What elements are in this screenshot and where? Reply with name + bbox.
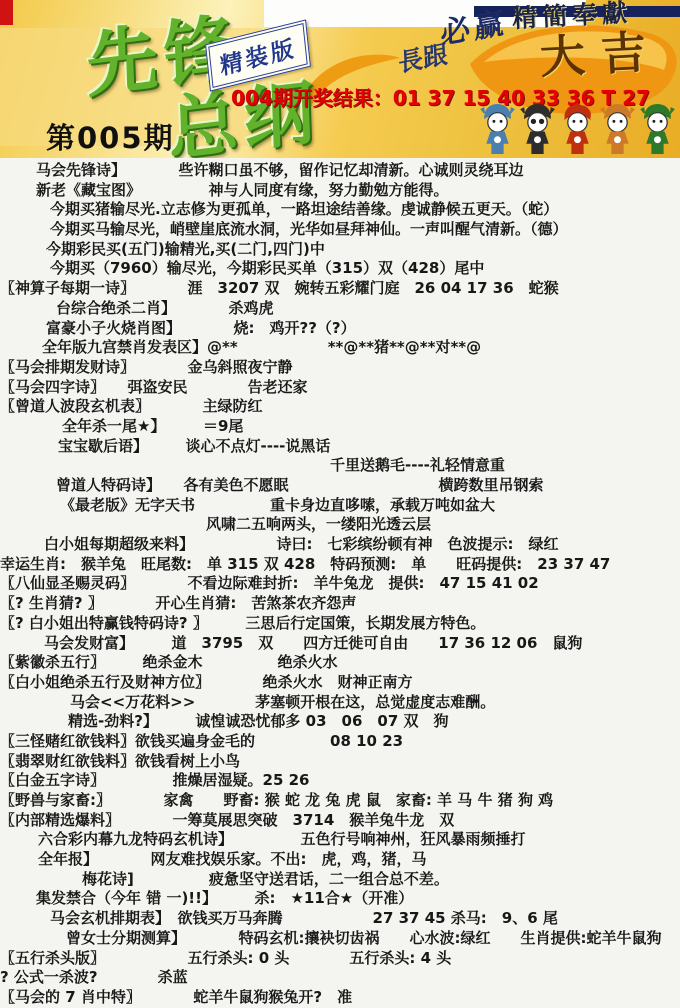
- issue-number-label: 第005期: [46, 116, 175, 157]
- text-line: 〖野兽与家畜:〗 家禽 野畜: 猴 蛇 龙 兔 虎 鼠 家畜: 羊 马 牛 猪 …: [0, 791, 680, 811]
- text-line: 幸运生肖: 猴羊兔 旺尾数: 单 315 双 428 特码预测: 单 旺码提供:…: [0, 555, 680, 575]
- text-line: 千里送鹅毛----礼轻情意重: [0, 456, 680, 476]
- text-line: 马会玄机排期表】 欲钱买万马奔腾 27 37 45 杀马: 9、6 尾: [0, 909, 680, 929]
- text-line: 〖? 生肖猜? 〗 开心生肖猜: 苦煞茶农齐怨声: [0, 594, 680, 614]
- text-line: 今期买（7960）输尽光，今期彩民买单（315）双（428）尾中: [0, 259, 680, 279]
- text-line: 〖三怪赌红欲钱料〗欲钱买遍身金毛的 08 10 23: [0, 732, 680, 752]
- text-line: 〖马会排期发财诗〗 金乌斜照夜宁静: [0, 358, 680, 378]
- fuwa-red-mascot-icon: [559, 103, 596, 156]
- text-line: 《最老版》无字天书 重卡身边直哆嗦，承载万吨如盆大: [0, 496, 680, 516]
- corner-red-mark: [0, 0, 13, 25]
- text-line: 〖内部精选爆料〗 一筹莫展思突破 3714 猴羊兔牛龙 双: [0, 811, 680, 831]
- text-line: 今期买马输尽光，峭壁崖底流水洞，光华如昼拜神仙。一声叫醒气清新。（德）: [0, 220, 680, 240]
- luck-label: 大吉: [539, 29, 663, 80]
- text-line: 〖? 白小姐出特赢钱特码诗? 〗 三思后行定国策，长期发展方特色。: [0, 614, 680, 634]
- text-line: 集发禁合（今年 错 一)!!】 杀: ★11合★（开准）: [0, 889, 680, 909]
- text-line: 曾女士分期测算】 特码玄机:攘袂切齿祸 心水波:绿红 生肖提供:蛇羊牛鼠狗: [0, 929, 680, 949]
- text-line: 全年杀一尾★】 ＝9尾: [0, 417, 680, 437]
- text-line: 〖紫徽杀五行〗 绝杀金木 绝杀火水: [0, 653, 680, 673]
- fuwa-green-mascot-icon: [639, 103, 676, 156]
- masthead: 大吉 先锋 总纲 精装版 精簡奉獻 必赢 長跟 004期开奖结果：01 37 1…: [0, 0, 680, 158]
- fuwa-orange-mascot-icon: [599, 103, 636, 156]
- text-line: 精选-劲料?】 诚惶诚恐忧郁多 03 06 07 双 狗: [0, 712, 680, 732]
- text-line: 全年报】 网友难找娱乐家。不出: 虎，鸡，猪，马: [0, 850, 680, 870]
- fuwa-panda-mascot-icon: [519, 103, 556, 156]
- text-line: 〖神算子每期一诗〗 涯 3207 双 婉转五彩耀门庭 26 04 17 36 蛇…: [0, 279, 680, 299]
- text-line: 马会<<万花料>> 茅塞顿开根在这，总觉虚度志难酬。: [0, 693, 680, 713]
- pioneer-tip-sheet: 大吉 先锋 总纲 精装版 精簡奉獻 必赢 長跟 004期开奖结果：01 37 1…: [0, 0, 680, 1008]
- text-line: 梅花诗] 疲惫坚守送君话，二一组合总不差。: [0, 870, 680, 890]
- text-line: 白小姐每期超级来料】 诗曰: 七彩缤纷顿有神 色波提示: 绿红: [0, 535, 680, 555]
- mascot-row: [479, 103, 676, 156]
- text-line: 六合彩内幕九龙特码玄机诗】 五色行号响神州，狂风暴雨频捶打: [0, 830, 680, 850]
- slogan-changgen: 長跟: [398, 41, 448, 76]
- text-line: 新老《藏宝图》 神与人同度有缘，努力勤勉方能得。: [0, 181, 680, 201]
- text-line: 富豪小子火烧肖图】 烧: 鸡开??（?）: [0, 319, 680, 339]
- text-line: 〖曾道人波段玄机表〗 主绿防红: [0, 397, 680, 417]
- text-line: 风啸二五响两头，一缕阳光透云层: [0, 515, 680, 535]
- text-line: 马会先锋诗】 些许糊口虽不够，留作记忆却清新。心诚则灵绕耳边: [0, 161, 680, 181]
- text-line: 马会发财富】 道 3795 双 四方迁徙可自由 17 36 12 06 鼠狗: [0, 634, 680, 654]
- text-line: 〖白小姐绝杀五行及财神方位〗 绝杀火水 财神正南方: [0, 673, 680, 693]
- text-line: 〖马会四字诗〗 弭盗安民 告老还家: [0, 378, 680, 398]
- text-line: 全年版九宫禁肖发表区】@** **@**猪**@**对**@: [0, 338, 680, 358]
- text-line: 曾道人特码诗】 各有美色不愿眠 横跨数里吊钢索: [0, 476, 680, 496]
- text-line: 台综合绝杀二肖】 杀鸡虎: [0, 299, 680, 319]
- tip-sheet-body: 马会先锋诗】 些许糊口虽不够，留作记忆却清新。心诚则灵绕耳边 新老《藏宝图》 神…: [0, 158, 680, 1008]
- text-line: 今期彩民买(五门)输精光,买(二门,四门)中: [0, 240, 680, 260]
- text-line: 〖白金五字诗〗 推燥居湿疑。25 26: [0, 771, 680, 791]
- slogan-top: 精簡奉獻: [511, 0, 632, 31]
- text-line: 今期买猪输尽光.立志修为更孤单，一路坦途结善缘。虔诚静候五更天。（蛇）: [0, 200, 680, 220]
- text-line: 〖马会的 7 肖中特〗 蛇羊牛鼠狗猴兔开? 准: [0, 988, 680, 1008]
- text-line: 〖五行杀头版〗 五行杀头: 0 头 五行杀头: 4 头: [0, 949, 680, 969]
- fuwa-blue-mascot-icon: [479, 103, 516, 156]
- text-line: 〖八仙显圣赐灵码〗 不看边际难封折: 羊牛兔龙 提供: 47 15 41 02: [0, 574, 680, 594]
- text-line: ? 公式一杀波? 杀蓝: [0, 968, 680, 988]
- text-line: 宝宝歇后语】 谈心不点灯----说黑话: [0, 437, 680, 457]
- text-line: 〖翡翠财红欲钱料〗欲钱看树上小鸟: [0, 752, 680, 772]
